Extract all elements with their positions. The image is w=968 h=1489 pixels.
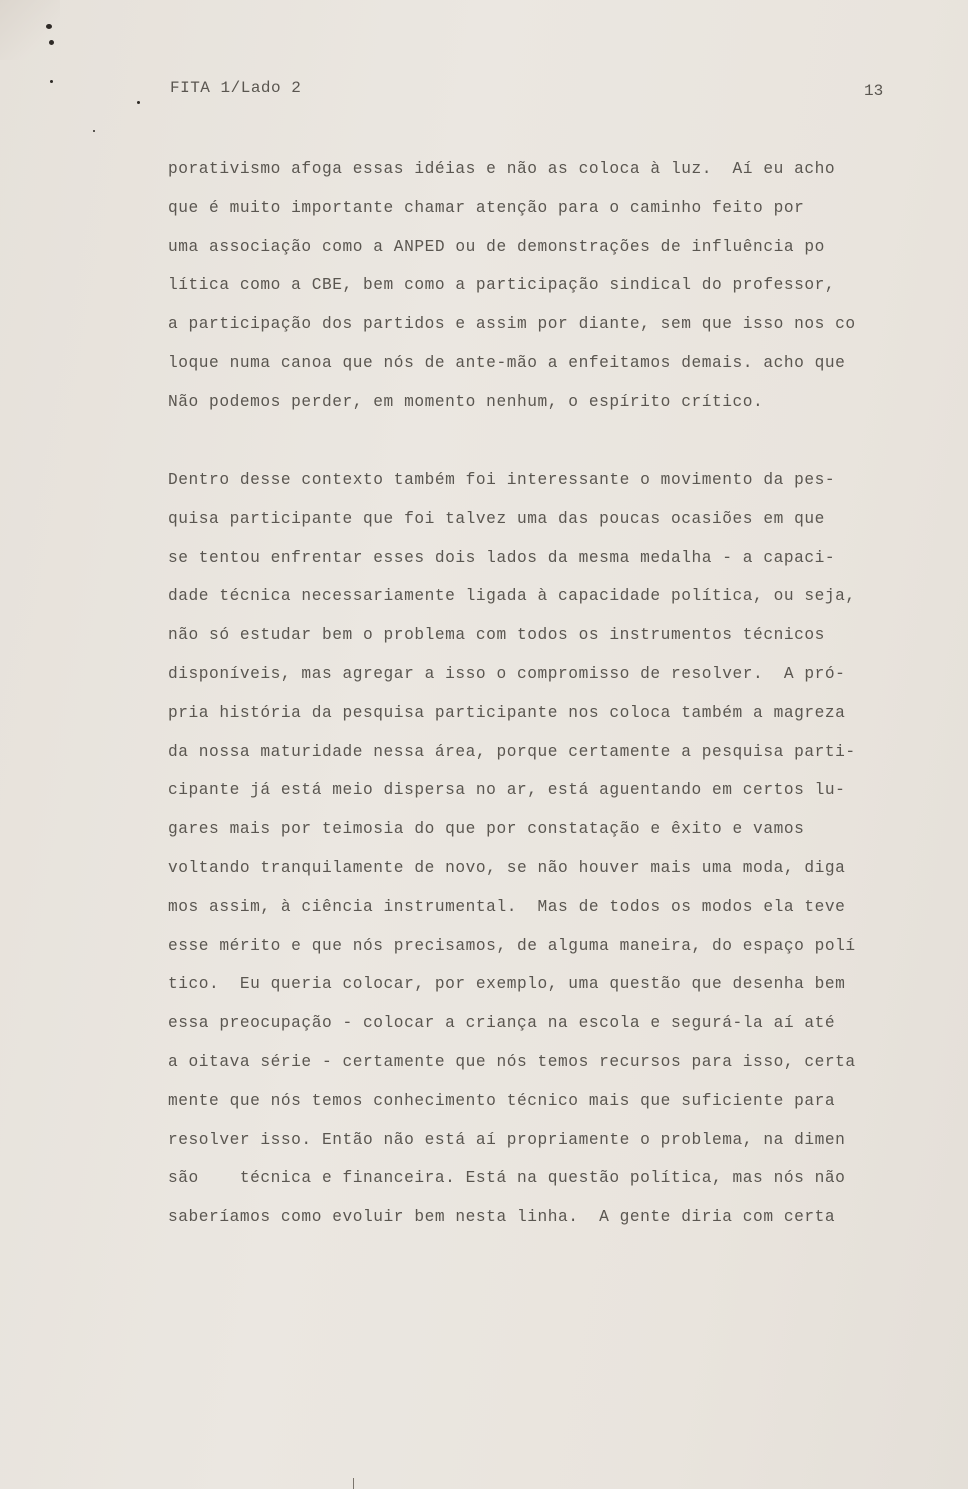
- text-line: pria história da pesquisa participante n…: [168, 694, 958, 733]
- text-line: Não podemos perder, em momento nenhum, o…: [168, 383, 958, 422]
- punch-mark: [49, 40, 54, 45]
- text-line: que é muito importante chamar atenção pa…: [168, 189, 958, 228]
- text-line: quisa participante que foi talvez uma da…: [168, 500, 958, 539]
- text-line: voltando tranquilamente de novo, se não …: [168, 849, 958, 888]
- text-line: são técnica e financeira. Está na questã…: [168, 1159, 958, 1198]
- text-line: a oitava série - certamente que nós temo…: [168, 1043, 958, 1082]
- text-line: esse mérito e que nós precisamos, de alg…: [168, 927, 958, 966]
- text-line: da nossa maturidade nessa área, porque c…: [168, 733, 958, 772]
- text-line: se tentou enfrentar esses dois lados da …: [168, 539, 958, 578]
- punch-mark: [46, 24, 52, 29]
- punch-mark: [137, 101, 140, 104]
- text-line: tico. Eu queria colocar, por exemplo, um…: [168, 965, 958, 1004]
- punch-mark: [50, 80, 53, 83]
- text-line: mente que nós temos conhecimento técnico…: [168, 1082, 958, 1121]
- text-line: cipante já está meio dispersa no ar, est…: [168, 771, 958, 810]
- paragraph-2: Dentro desse contexto também foi interes…: [168, 461, 958, 1237]
- document-page: FITA 1/Lado 2 13 porativismo afoga essas…: [0, 0, 968, 1489]
- tape-side-header: FITA 1/Lado 2: [170, 79, 301, 97]
- text-line: porativismo afoga essas idéias e não as …: [168, 150, 958, 189]
- text-line: essa preocupação - colocar a criança na …: [168, 1004, 958, 1043]
- paragraph-1: porativismo afoga essas idéias e não as …: [168, 150, 958, 422]
- text-line: gares mais por teimosia do que por const…: [168, 810, 958, 849]
- punch-mark: [93, 130, 95, 132]
- text-line: Dentro desse contexto também foi interes…: [168, 461, 958, 500]
- text-line: dade técnica necessariamente ligada à ca…: [168, 577, 958, 616]
- text-line: não só estudar bem o problema com todos …: [168, 616, 958, 655]
- text-line: saberíamos como evoluir bem nesta linha.…: [168, 1198, 958, 1237]
- text-line: disponíveis, mas agregar a isso o compro…: [168, 655, 958, 694]
- text-line: loque numa canoa que nós de ante-mão a e…: [168, 344, 958, 383]
- text-line: resolver isso. Então não está aí propria…: [168, 1121, 958, 1160]
- text-line: lítica como a CBE, bem como a participaç…: [168, 266, 958, 305]
- text-line: mos assim, à ciência instrumental. Mas d…: [168, 888, 958, 927]
- text-line: a participação dos partidos e assim por …: [168, 305, 958, 344]
- page-fold-shadow: [0, 0, 60, 60]
- text-line: uma associação como a ANPED ou de demons…: [168, 228, 958, 267]
- page-number: 13: [864, 82, 883, 100]
- margin-tick: [353, 1478, 354, 1489]
